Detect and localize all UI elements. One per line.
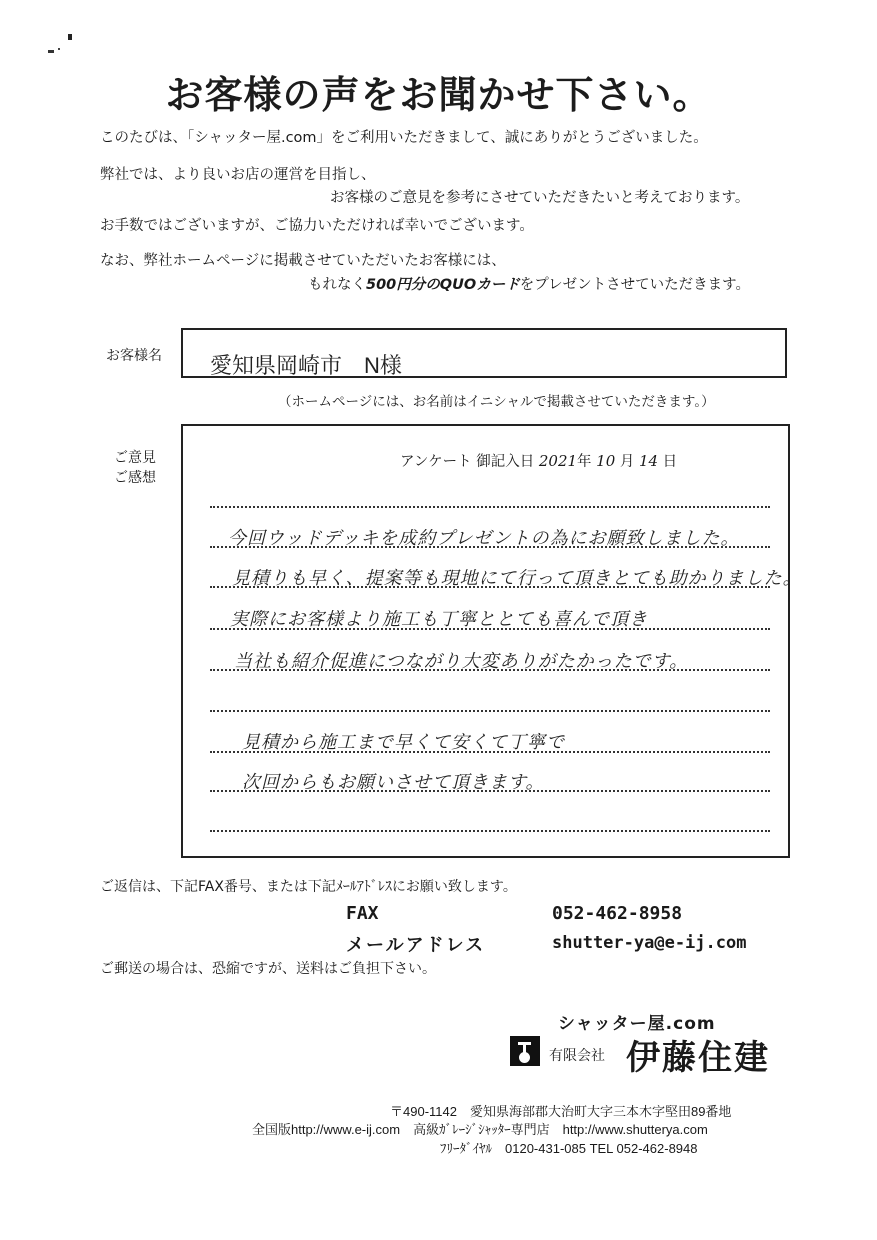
email-address: shutter-ya@e-ij.com [552, 933, 746, 953]
survey-month: 10 [596, 452, 615, 470]
opinion-label-line2: ご感想 [114, 468, 156, 488]
handwritten-comment-line: 見積りも早く、提案等も現地にて行って頂きとても助かりました。 [232, 564, 802, 590]
postal-note: ご郵送の場合は、恐縮ですが、送料はご負担下さい。 [100, 958, 436, 978]
survey-day: 14 [639, 452, 658, 470]
handwritten-comment-line: 今回ウッドデッキを成約プレゼントの為にお願致しました。 [228, 524, 740, 550]
month-unit: 月 [620, 454, 635, 470]
company-type: 有限会社 [549, 1045, 605, 1065]
dotted-rule [210, 830, 770, 832]
survey-date: アンケート 御記入日 2021年 10 月 14 日 [400, 450, 677, 471]
company-phones: ﾌﾘｰﾀﾞｲﾔﾙ 0120-431-085 TEL 052-462-8948 [440, 1138, 698, 1157]
company-address: 〒490-1142 愛知県海部郡大治町大字三本木字堅田89番地 [390, 1101, 731, 1120]
email-label: メールアドレス [346, 931, 485, 957]
intro-line: 弊社では、より良いお店の運営を目指し、 [100, 163, 376, 184]
intro-line: お客様のご意見を参考にさせていただきたいと考えております。 [330, 186, 749, 207]
fax-number: 052-462-8958 [552, 903, 682, 924]
scan-speck [48, 50, 54, 53]
intro-line: お手数ではございますが、ご協力いただければ幸いでございます。 [100, 214, 534, 235]
handwritten-comment-line: 見積から施工まで早くて安くて丁寧で [242, 728, 565, 754]
day-unit: 日 [663, 454, 678, 470]
intro-line: なお、弊社ホームページに掲載させていただいたお客様には、 [100, 249, 506, 270]
year-unit: 年 [577, 454, 592, 470]
customer-name-note: （ホームページには、お名前はイニシャルで掲載させていただきます。） [278, 390, 715, 410]
note-logo-icon [510, 1036, 540, 1066]
scan-speck [68, 34, 72, 40]
quo-card-emphasis: 500円分のQUOカード [366, 277, 520, 293]
handwritten-comment-line: 実際にお客様より施工も丁寧ととても喜んで頂き [230, 605, 648, 631]
opinion-label: ご意見 ご感想 [114, 448, 156, 488]
handwritten-comment-line: 当社も紹介促進につながり大変ありがたかったです。 [234, 647, 688, 673]
intro-line-present: もれなく500円分のQUOカードをプレゼントさせていただきます。 [308, 273, 750, 294]
fax-label: FAX [346, 903, 379, 924]
intro-line: このたびは、「シャッター屋.com」をご利用いただきまして、誠にありがとうござい… [100, 126, 708, 147]
intro-prefix: もれなく [308, 277, 366, 293]
survey-year: 2021 [539, 452, 577, 470]
page-title: お客様の声をお聞かせ下さい。 [0, 64, 877, 119]
customer-name-value: 愛知県岡崎市 N様 [210, 349, 402, 380]
reply-instruction: ご返信は、下記FAX番号、または下記ﾒｰﾙｱﾄﾞﾚｽにお願い致します。 [100, 876, 517, 896]
company-websites: 全国版http://www.e-ij.com 高級ｶﾞﾚｰｼﾞｼｬｯﾀｰ専門店 … [252, 1119, 708, 1138]
scan-speck [58, 48, 60, 50]
intro-suffix: をプレゼントさせていただきます。 [520, 277, 750, 293]
dotted-rule [210, 506, 770, 508]
opinion-label-line1: ご意見 [114, 448, 156, 468]
survey-date-label: アンケート 御記入日 [400, 454, 534, 470]
company-name: 伊藤住建 [626, 1030, 770, 1079]
handwritten-comment-line: 次回からもお願いさせて頂きます。 [242, 768, 545, 794]
customer-name-label: お客様名 [106, 345, 162, 365]
dotted-rule [210, 710, 770, 712]
